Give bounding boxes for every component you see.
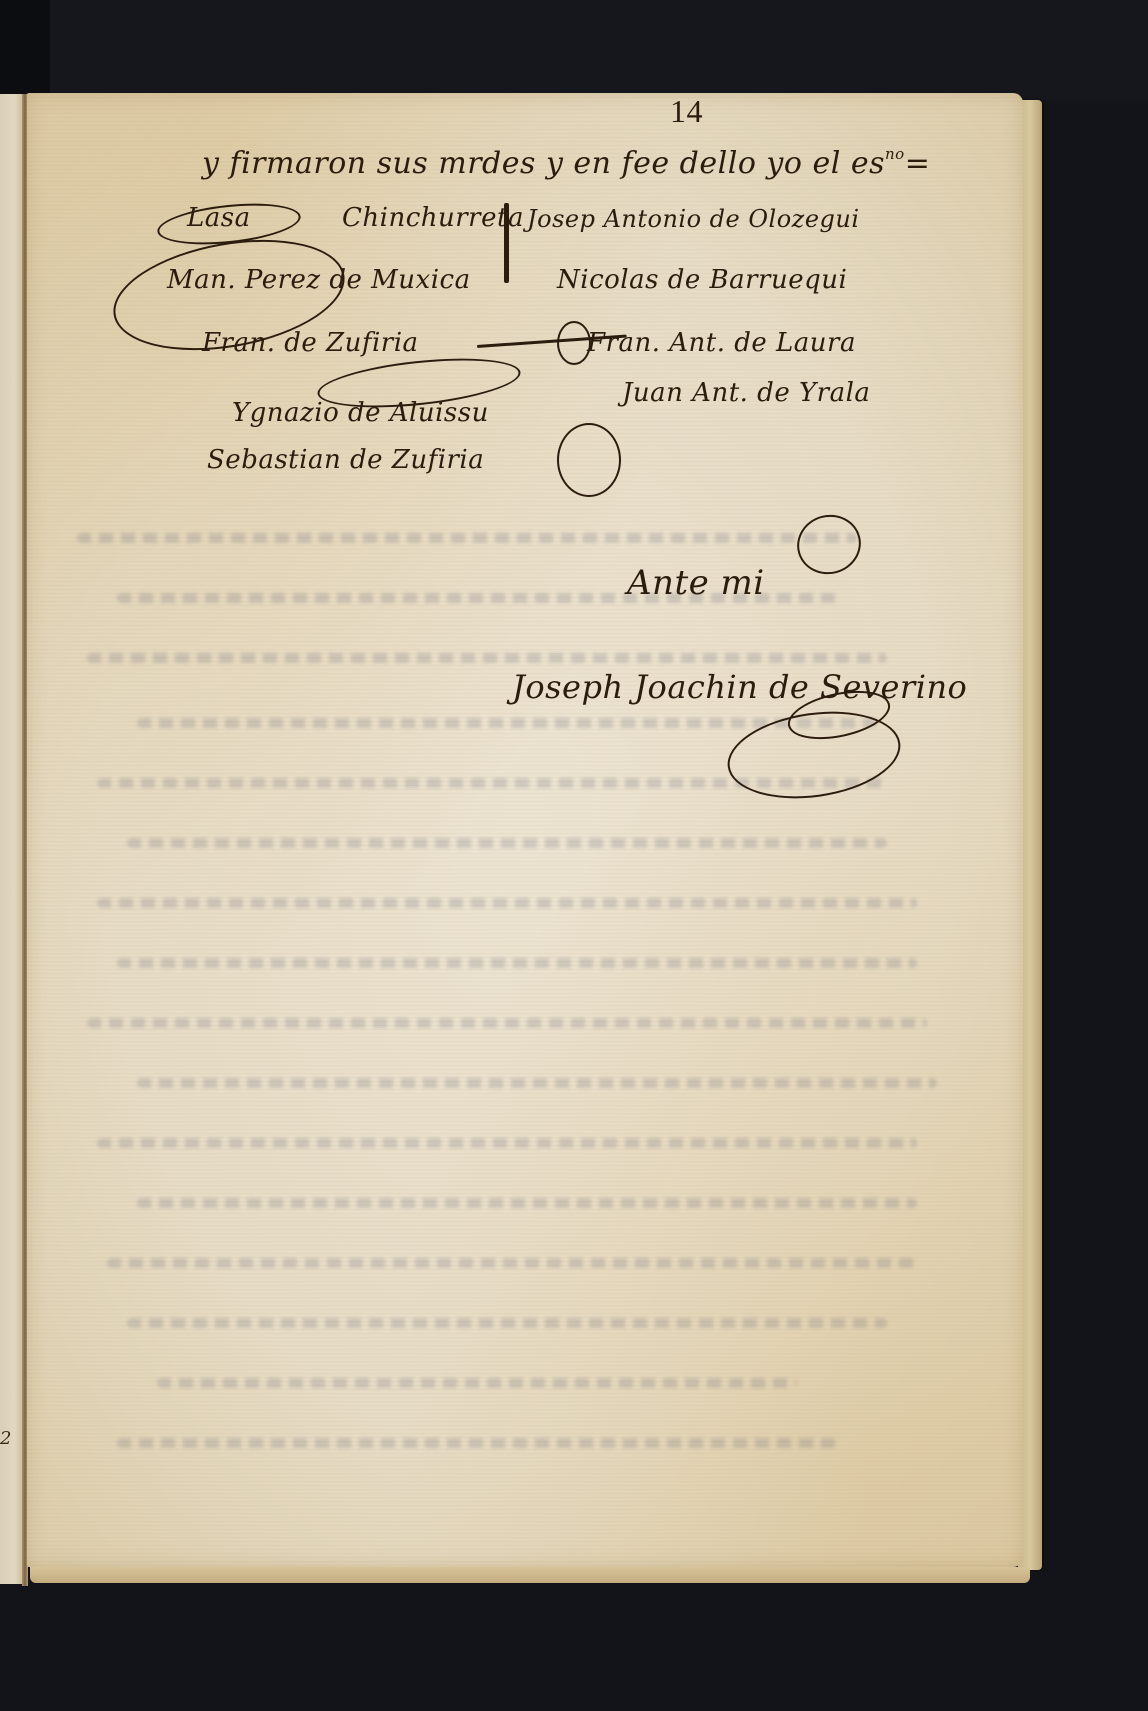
signature-sebastian-zufiria: Sebastian de Zufiria: [207, 445, 484, 475]
signature-yrala: Juan Ant. de Yrala: [622, 378, 870, 408]
notary-attestation-flourish: [790, 508, 867, 582]
opening-line-superscript: no: [885, 145, 905, 163]
opening-line-trailing: =: [905, 146, 931, 181]
notary-attestation: Ante mi: [627, 563, 765, 603]
signature-chinchurreta: Chinchurreta: [342, 203, 524, 233]
signature-lasa: Lasa: [187, 203, 251, 233]
left-page-fragment: 2: [0, 1428, 11, 1449]
rubric-vertical-stroke: [504, 203, 509, 283]
notary-rubric: [722, 701, 906, 808]
signature-laura-flourish: [557, 321, 591, 365]
signature-olozegui: Josep Antonio de Olozegui: [527, 205, 860, 233]
folio-number: 14: [670, 93, 703, 130]
signature-aluissu-flourish: [557, 423, 621, 497]
opening-line-text: y firmaron sus mrdes y en fee dello yo e…: [202, 146, 885, 181]
notary-name: Joseph Joachin de Severino: [512, 668, 967, 706]
signature-perez-de-muxica: Man. Perez de Muxica: [167, 265, 471, 295]
paper-texture: [27, 93, 1023, 1567]
dark-backdrop: [0, 0, 1148, 100]
signature-laura: Fran. Ant. de Laura: [587, 328, 856, 358]
dark-backdrop-corner: [0, 0, 50, 100]
opening-line: y firmaron sus mrdes y en fee dello yo e…: [202, 145, 930, 181]
manuscript-page: 14 y firmaron sus mrdes y en fee dello y…: [27, 93, 1023, 1567]
left-page-strip: [0, 94, 24, 1584]
signature-barruequi: Nicolas de Barruequi: [557, 265, 847, 295]
signature-aluissu: Ygnazio de Aluissu: [232, 398, 489, 428]
signature-zufiria: Fran. de Zufiria: [202, 328, 419, 358]
page-bottom-edge: [30, 1567, 1030, 1583]
